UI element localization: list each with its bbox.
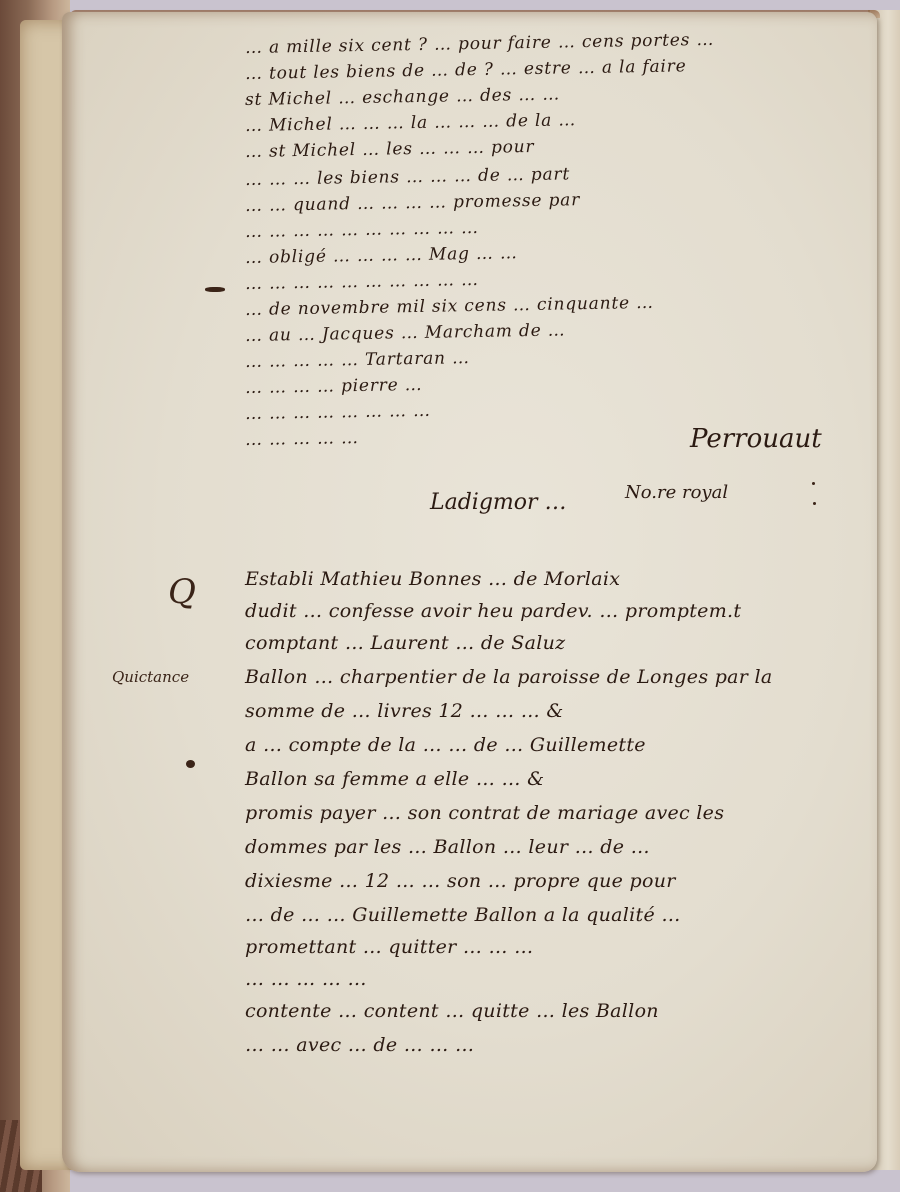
- manuscript-line: … … … … … … … … … …: [245, 270, 479, 294]
- signature-perrouaut: Perrouaut: [690, 424, 822, 454]
- manuscript-line: dixiesme … 12 … … son … propre que pour: [245, 870, 676, 892]
- notary-title: No.re royal: [625, 482, 728, 503]
- manuscript-line: Ballon sa femme a elle … … &: [245, 768, 544, 790]
- ink-mark: [205, 287, 225, 292]
- ink-blot: [186, 760, 195, 768]
- manuscript-line: Establi Mathieu Bonnes … de Morlaix: [245, 568, 620, 590]
- manuscript-line: … … … … … … … … … …: [245, 218, 479, 242]
- manuscript-line: a … compte de la … … de … Guillemette: [245, 734, 646, 756]
- ink-dot: [813, 502, 816, 505]
- manuscript-line: … de … … Guillemette Ballon a la qualité…: [245, 904, 681, 926]
- manuscript-line: … … … … … Tartaran …: [245, 348, 470, 372]
- manuscript-line: … … … … …: [245, 968, 367, 990]
- manuscript-line: contente … content … quitte … les Ballon: [245, 1000, 659, 1022]
- manuscript-line: promis payer … son contrat de mariage av…: [245, 802, 724, 824]
- manuscript-line: … … avec … de … … …: [245, 1034, 474, 1056]
- manuscript-line: dommes par les … Ballon … leur … de …: [245, 836, 650, 858]
- manuscript-line: comptant … Laurent … de Saluz: [245, 632, 565, 654]
- manuscript-line: … … … … …: [245, 428, 359, 450]
- margin-note-quictance: Quictance: [112, 668, 189, 686]
- manuscript-line: promettant … quitter … … …: [245, 936, 534, 958]
- manuscript-line: somme de … livres 12 … … … &: [245, 700, 564, 722]
- margin-symbol: Q: [168, 572, 196, 612]
- manuscript-line: Ballon … charpentier de la paroisse de L…: [245, 666, 773, 688]
- manuscript-line: … … … … pierre …: [245, 375, 423, 398]
- ink-dot: [812, 482, 815, 485]
- notary-signature: Ladigmor …: [430, 490, 567, 515]
- manuscript-line: … … … … … … … …: [245, 401, 431, 424]
- manuscript-line: dudit … confesse avoir heu pardev. … pro…: [245, 600, 741, 622]
